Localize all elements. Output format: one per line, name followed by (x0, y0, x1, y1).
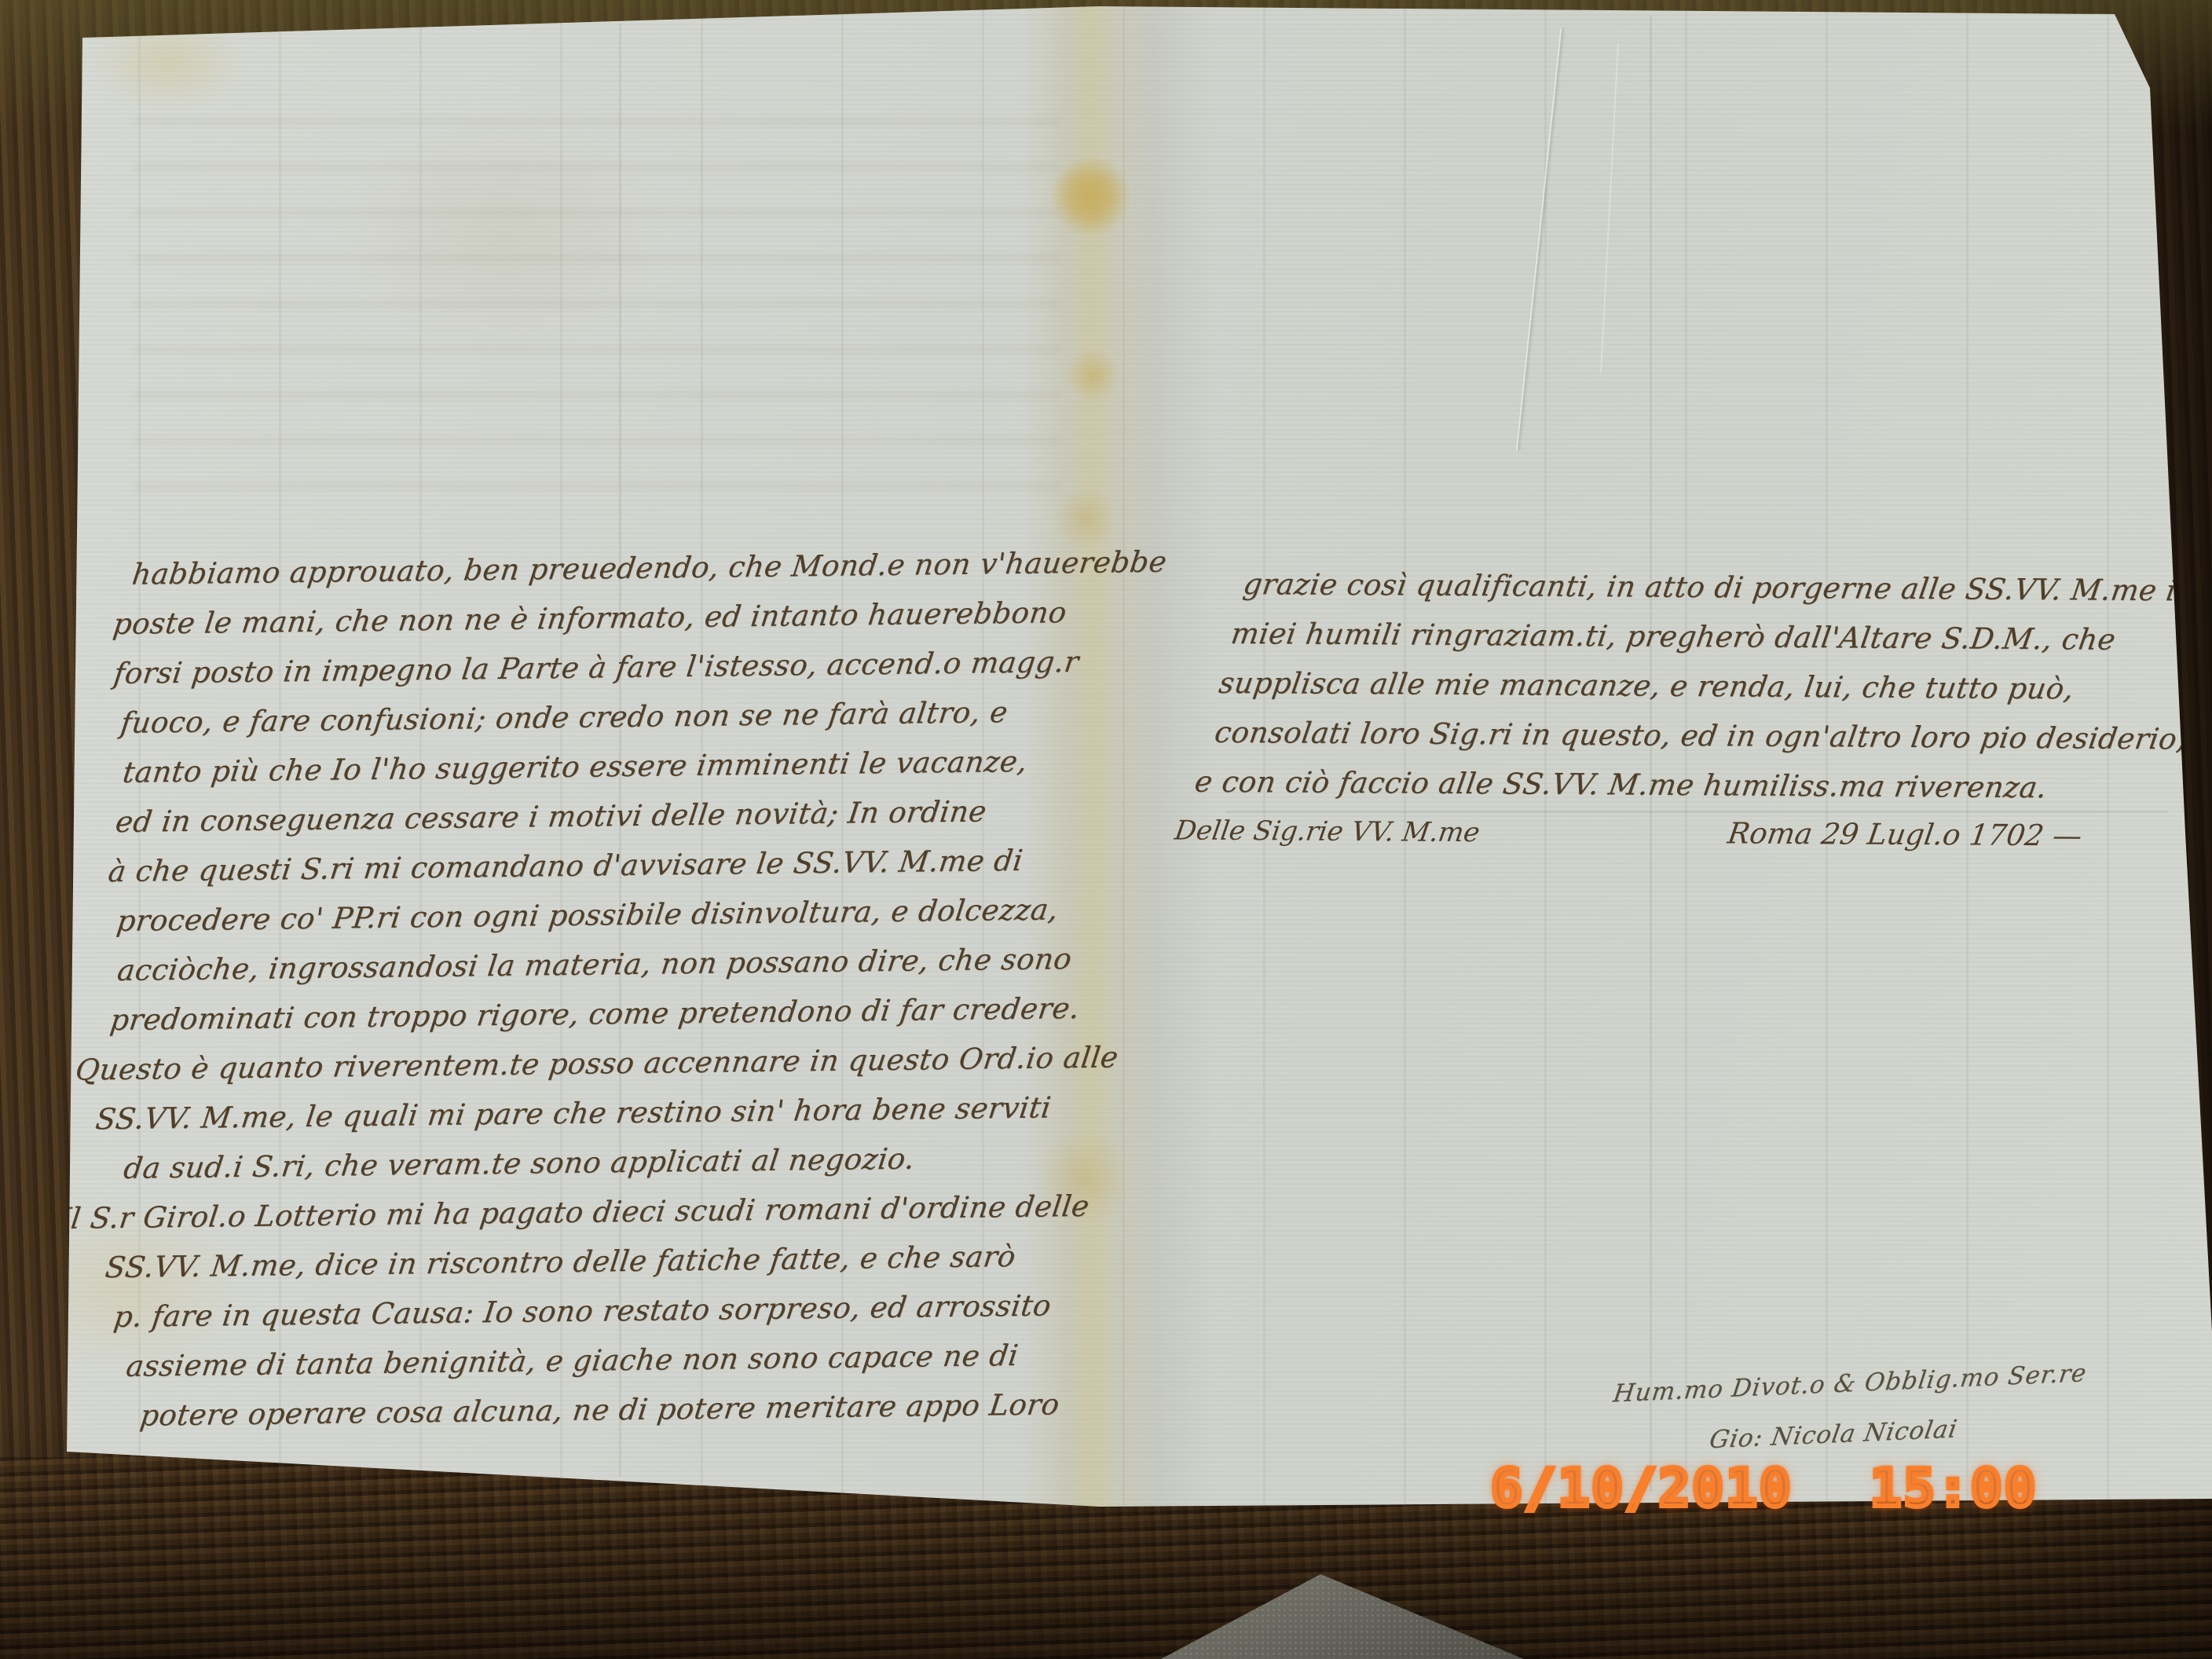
wrinkle-crease-1 (1516, 28, 1562, 450)
signature-closing: Hum.mo Divot.o & Obblig.mo Ser.re (1612, 1357, 2133, 1408)
timestamp-time: 15:00 (1870, 1458, 2038, 1518)
photo-scene: habbiamo approuato, ben preuedendo, che … (0, 0, 2212, 1659)
camera-timestamp: 6/10/2010 15:00 (1491, 1458, 2038, 1518)
signature-block: Hum.mo Divot.o & Obblig.mo Ser.re Gio: N… (1613, 1357, 2134, 1459)
manuscript-line: miei humili ringraziam.ti, pregherò dall… (1216, 609, 2158, 665)
wrinkle-crease-2 (1600, 43, 1619, 373)
manuscript-line: e con ciò faccio alle SS.VV. M.me humili… (1215, 757, 2157, 813)
left-page-text: habbiamo approuato, ben preuedendo, che … (112, 537, 1144, 1441)
manuscript-line: consolati loro Sig.ri in questo, ed in o… (1215, 708, 2157, 764)
manuscript-bifolium: habbiamo approuato, ben preuedendo, che … (0, 0, 2212, 1659)
timestamp-date: 6/10/2010 (1491, 1458, 1793, 1518)
right-page-text: grazie così qualificanti, in atto di por… (1218, 559, 2155, 853)
valediction: Delle Sig.rie VV. M.me (1173, 815, 1482, 848)
manuscript-line: supplisca alle mie mancanze, e renda, lu… (1216, 658, 2158, 714)
signature-name: Gio: Nicola Nicolai (1708, 1407, 2137, 1454)
valediction-row: Delle Sig.rie VV. M.me Roma 29 Lugl.o 17… (1218, 813, 2130, 853)
ink-showthrough (134, 118, 1060, 511)
manuscript-line: grazie così qualificanti, in atto di por… (1216, 559, 2158, 615)
dateline: Roma 29 Lugl.o 1702 — (1726, 816, 2085, 852)
